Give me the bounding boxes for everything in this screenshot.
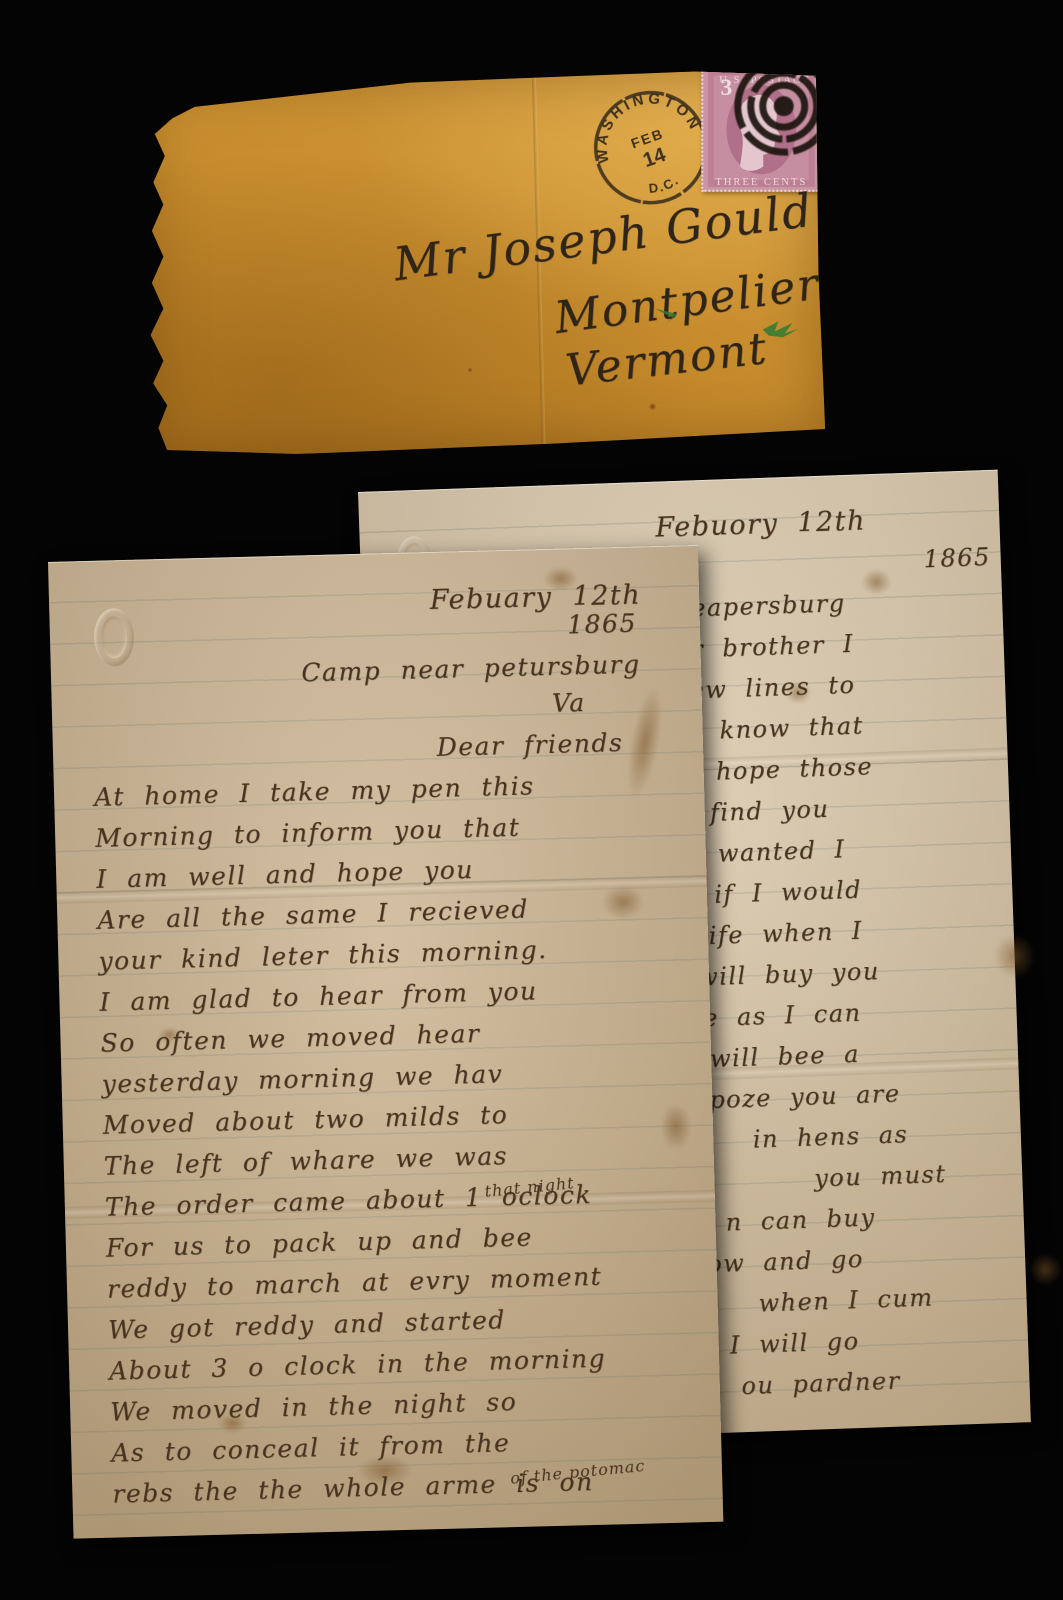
green-ink-mark-icon	[758, 313, 803, 344]
handwriting-block-page-1: Febuary 12th1865Camp near petursburgVaDe…	[89, 573, 715, 1514]
stain	[1029, 1253, 1062, 1286]
photo-of-civil-war-letter: WASHINGTON D.C. FEB 14 3 U.S. POSTAGE TH…	[0, 0, 1063, 1600]
green-ink-mark-icon	[651, 304, 688, 331]
envelope-address: Mr Joseph Gould Montpelier Vermont	[140, 68, 826, 458]
letter-page-1: Febuary 12th1865Camp near petursburgVaDe…	[48, 545, 723, 1539]
envelope: WASHINGTON D.C. FEB 14 3 U.S. POSTAGE TH…	[140, 68, 826, 458]
